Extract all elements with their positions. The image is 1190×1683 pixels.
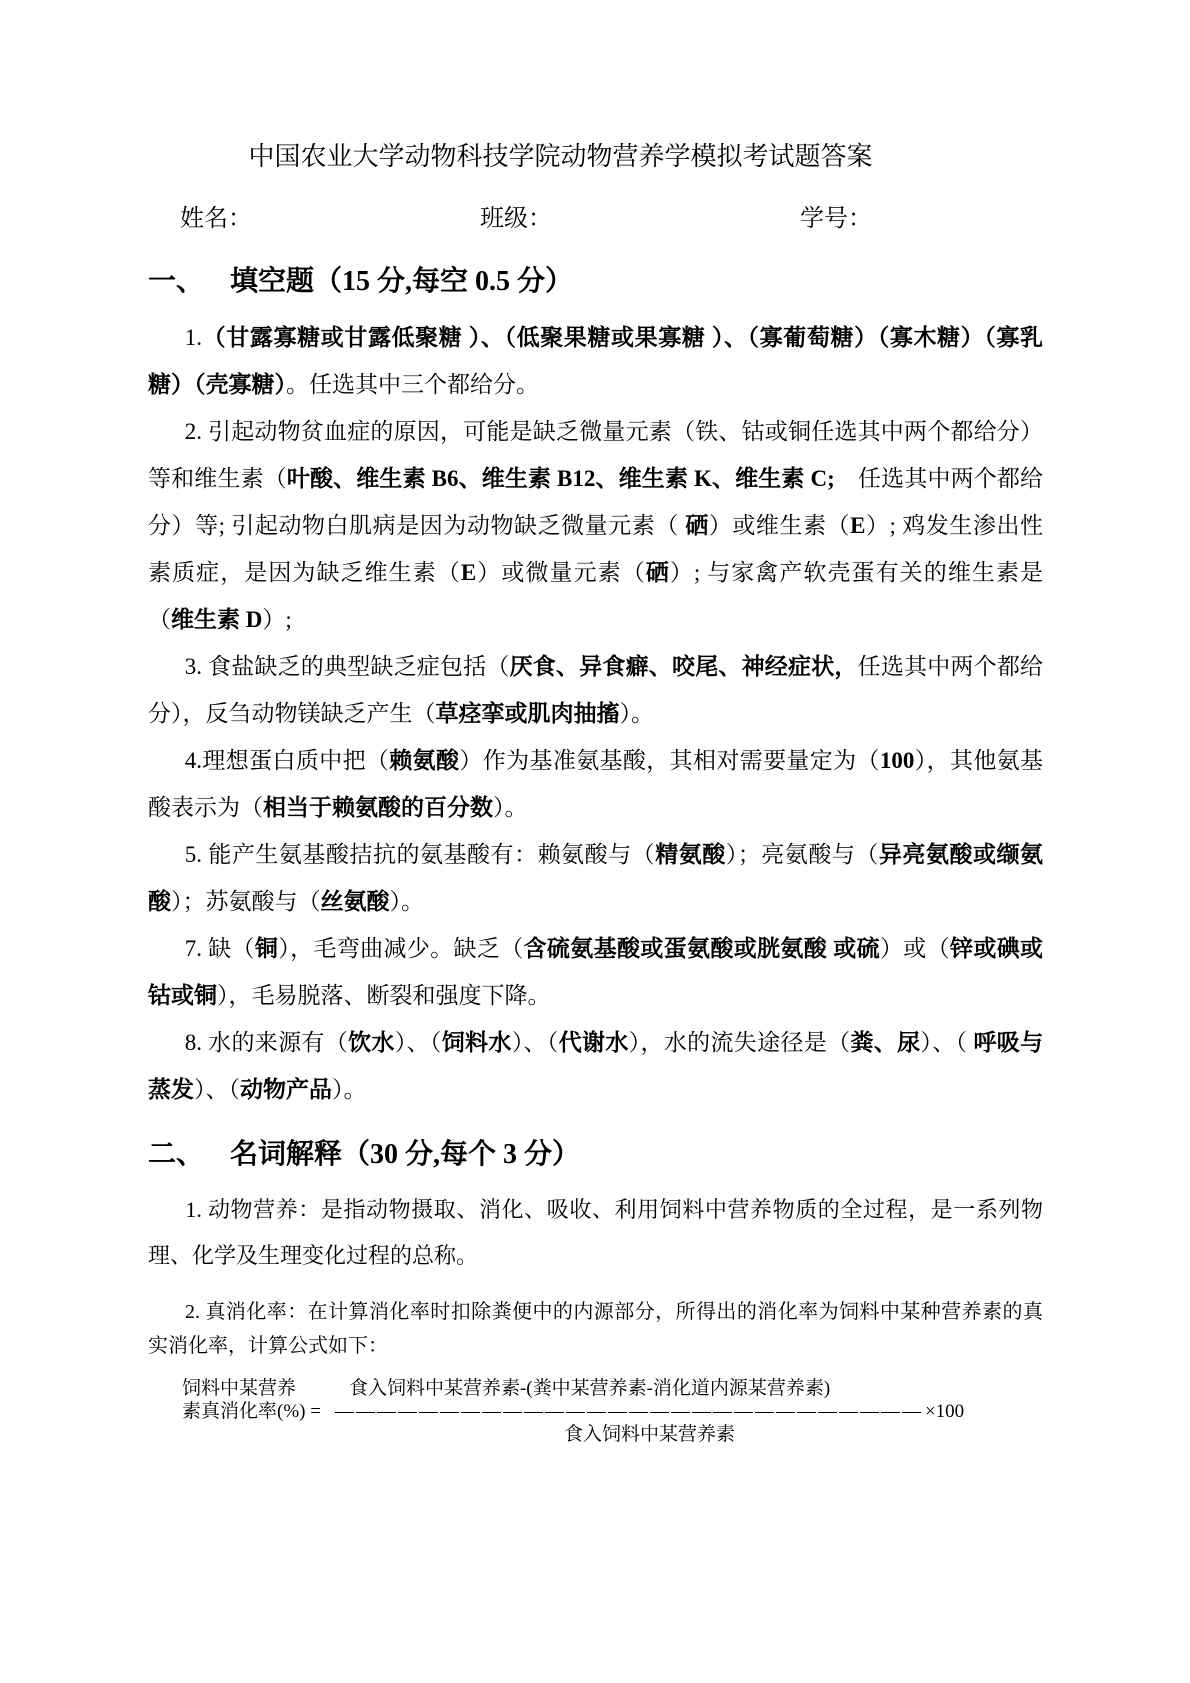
- formula-denominator: 食入饲料中某营养素: [335, 1423, 964, 1446]
- body-text: ）或维生素（: [709, 513, 850, 538]
- fill-blank-item-1: 1.（甘露寡糖或甘露低聚糖 ）、（低聚果糖或果寡糖 ）、（寡葡萄糖）（寡木糖）（…: [148, 314, 1043, 408]
- answer-bold-text: 赖氨酸: [389, 748, 459, 773]
- page-title: 中国农业大学动物科技学院动物营养学模拟考试题答案: [148, 140, 1043, 174]
- section-2-title: 名词解释（30 分,每个 3 分）: [230, 1139, 580, 1170]
- body-text: 5. 能产生氨基酸拮抗的氨基酸有：赖氨酸与（: [185, 842, 655, 867]
- body-text: ）。: [493, 795, 528, 820]
- section-1-title: 填空题（15 分,每空 0.5 分）: [230, 266, 573, 297]
- answer-bold-text: 相当于赖氨酸的百分数: [263, 795, 493, 820]
- section-fill-in-blanks: 一、填空题（15 分,每空 0.5 分） 1.（甘露寡糖或甘露低聚糖 ）、（低聚…: [148, 262, 1043, 1113]
- body-text: ），毛弯曲减少。缺乏（: [278, 936, 523, 961]
- body-text: ）或（: [880, 936, 950, 961]
- section-definitions: 二、名词解释（30 分,每个 3 分） 1. 动物营养：是指动物摄取、消化、吸收…: [148, 1135, 1043, 1446]
- answer-bold-text: E: [461, 560, 476, 585]
- body-text: ）。: [620, 701, 655, 726]
- answer-bold-text: 草痉挛或肌肉抽搐: [436, 701, 620, 726]
- body-text: ），水的流失途径是（: [629, 1030, 851, 1055]
- definition-item-1: 1. 动物营养：是指动物摄取、消化、吸收、利用饲料中营养物质的全过程，是一系列物…: [148, 1187, 1043, 1279]
- body-text: 2. 真消化率：在计算消化率时扣除粪便中的内源部分，所得出的消化率为饲料中某种营…: [148, 1301, 1043, 1357]
- answer-bold-text: （甘露寡糖或甘露低聚糖 ）、（低聚果糖或果寡糖 ）、（寡葡萄糖）（寡木糖）（寡乳…: [148, 325, 1043, 397]
- body-text: ）。: [332, 1077, 367, 1102]
- body-text: 。任选其中三个都给分。: [286, 372, 539, 397]
- body-text: ）、（: [395, 1030, 442, 1055]
- section-2-number: 二、: [148, 1135, 230, 1175]
- body-text: ）、（: [194, 1077, 240, 1102]
- section-1-number: 一、: [148, 262, 230, 302]
- fill-blank-item-8: 8. 水的来源有（饮水）、（饲料水）、（代谢水），水的流失途径是（粪、尿）、（ …: [148, 1019, 1043, 1113]
- answer-bold-text: 硒: [685, 513, 709, 538]
- fill-blank-item-7: 7. 缺（铜），毛弯曲减少。缺乏（含硫氨基酸或蛋氨酸或胱氨酸 或硫）或（锌或碘或…: [148, 925, 1043, 1019]
- fill-blank-item-3: 3. 食盐缺乏的典型缺乏症包括（厌食、异食癖、咬尾、神经症状，任选其中两个都给分…: [148, 643, 1043, 737]
- body-text: 1.: [185, 325, 202, 350]
- body-text: 3. 食盐缺乏的典型缺乏症包括（: [185, 654, 510, 679]
- definition-item-2: 2. 真消化率：在计算消化率时扣除粪便中的内源部分，所得出的消化率为饲料中某种营…: [148, 1295, 1043, 1363]
- body-text: 4.理想蛋白质中把（: [185, 748, 390, 773]
- answer-bold-text: 饲料水: [442, 1030, 512, 1055]
- student-info-row: 姓名： 班级： 学号：: [148, 204, 1043, 234]
- answer-bold-text: 硒: [646, 560, 670, 585]
- true-digestibility-formula: 饲料中某营养 素真消化率(%) = 食入饲料中某营养素-(粪中某营养素-消化道内…: [182, 1377, 1043, 1446]
- answer-bold-text: 厌食、异食癖、咬尾、神经症状，: [510, 654, 858, 679]
- fill-blank-item-5: 5. 能产生氨基酸拮抗的氨基酸有：赖氨酸与（精氨酸）；亮氨酸与（异亮氨酸或缬氨酸…: [148, 831, 1043, 925]
- answer-bold-text: 动物产品: [240, 1077, 332, 1102]
- answer-bold-text: E: [850, 513, 865, 538]
- body-text: ）、（: [512, 1030, 559, 1055]
- formula-divider-line: ————————————————————————————: [335, 1401, 923, 1422]
- body-text: 1. 动物营养：是指动物摄取、消化、吸收、利用饲料中营养物质的全过程，是一系列物…: [148, 1197, 1043, 1268]
- formula-label: 饲料中某营养 素真消化率(%) =: [182, 1377, 321, 1423]
- formula-fraction: 食入饲料中某营养素-(粪中某营养素-消化道内源某营养素) ———————————…: [335, 1377, 964, 1446]
- answer-bold-text: 维生素 D: [171, 607, 262, 632]
- body-text: ）或微量元素（: [476, 560, 646, 585]
- answer-bold-text: 精氨酸: [655, 842, 726, 867]
- body-text: ）、（: [920, 1030, 973, 1055]
- formula-divider-row: ————————————————————————————×100: [335, 1400, 964, 1423]
- answer-bold-text: 100: [880, 748, 915, 773]
- formula-numerator: 食入饲料中某营养素-(粪中某营养素-消化道内源某营养素): [335, 1377, 964, 1400]
- answer-bold-text: 含硫氨基酸或蛋氨酸或胱氨酸 或硫: [524, 936, 880, 961]
- answer-bold-text: 粪、尿: [850, 1030, 920, 1055]
- body-text: ）。: [390, 889, 425, 914]
- name-label: 姓名：: [180, 204, 252, 234]
- body-text: ）；亮氨酸与（: [726, 842, 879, 867]
- formula-label-line2: 素真消化率(%) =: [182, 1400, 321, 1423]
- body-text: 7. 缺（: [185, 936, 255, 961]
- class-label: 班级：: [480, 204, 552, 234]
- document-page: 中国农业大学动物科技学院动物营养学模拟考试题答案 姓名： 班级： 学号： 一、填…: [0, 0, 1190, 1446]
- fill-blank-item-4: 4.理想蛋白质中把（赖氨酸）作为基准氨基酸，其相对需要量定为（100），其他氨基…: [148, 737, 1043, 831]
- formula-multiplier: ×100: [923, 1401, 964, 1422]
- body-text: ），毛易脱落、断裂和强度下降。: [217, 983, 551, 1008]
- formula-label-line1: 饲料中某营养: [182, 1377, 321, 1400]
- answer-bold-text: 饮水: [348, 1030, 395, 1055]
- answer-bold-text: 铜: [255, 936, 278, 961]
- answer-bold-text: 丝氨酸: [321, 889, 390, 914]
- body-text: 8. 水的来源有（: [185, 1030, 348, 1055]
- student-id-label: 学号：: [800, 204, 872, 234]
- fill-blank-item-2: 2. 引起动物贫血症的原因，可能是缺乏微量元素（铁、钴或铜任选其中两个都给分）等…: [148, 408, 1043, 643]
- answer-bold-text: 代谢水: [559, 1030, 629, 1055]
- section-2-heading: 二、名词解释（30 分,每个 3 分）: [148, 1135, 1043, 1175]
- body-text: ）;: [262, 607, 291, 632]
- body-text: ）；苏氨酸与（: [171, 889, 321, 914]
- body-text: ）作为基准氨基酸，其相对需要量定为（: [459, 748, 879, 773]
- answer-bold-text: 叶酸、维生素 B6、维生素 B12、维生素 K、维生素 C;: [287, 466, 835, 491]
- section-1-heading: 一、填空题（15 分,每空 0.5 分）: [148, 262, 1043, 302]
